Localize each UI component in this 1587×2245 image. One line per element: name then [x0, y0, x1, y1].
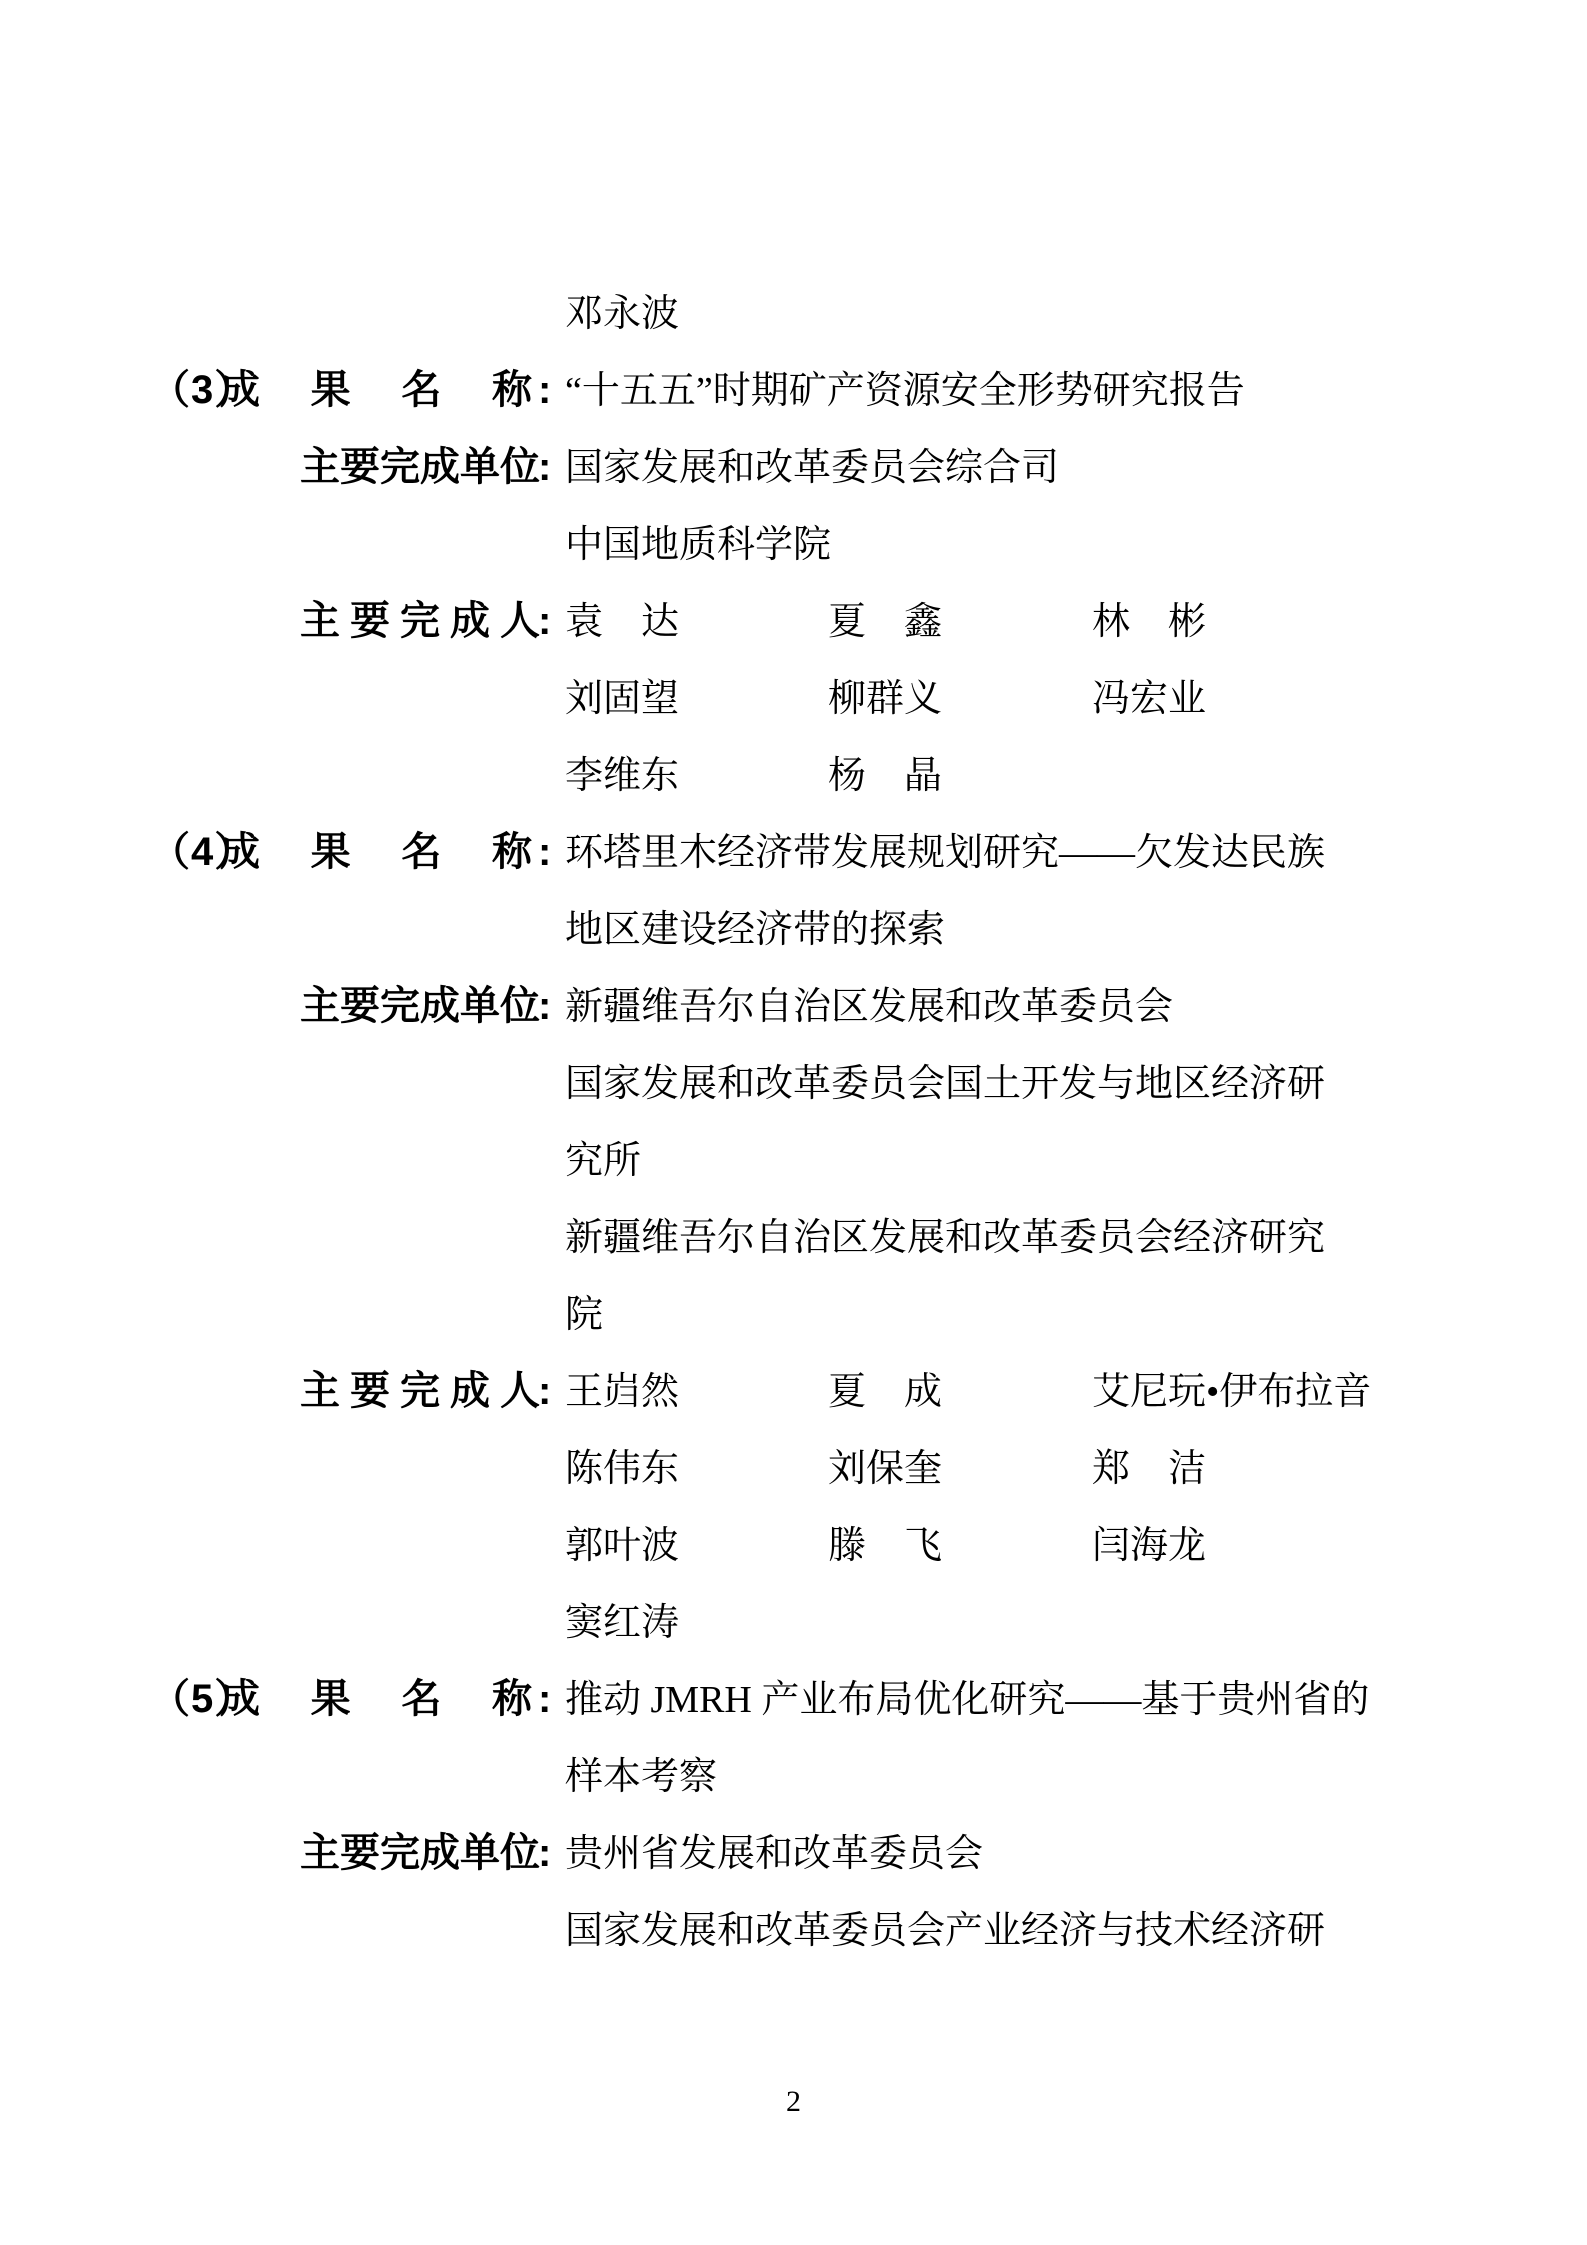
title-text: “十五五”时期矿产资源安全形势研究报告 [565, 368, 1245, 416]
label-colon: : [538, 366, 551, 414]
text-line: 主要完成单位 : 国家发展和改革委员会综合司 [0, 443, 1587, 505]
person-name: 陈伟东 [565, 1446, 679, 1494]
unit-name: 国家发展和改革委员会国土开发与地区经济研 [565, 1061, 1325, 1109]
text-line: 主要完成单位 : 新疆维吾尔自治区发展和改革委员会 [0, 982, 1587, 1044]
label-colon: : [538, 982, 551, 1030]
text-line: 刘固望 柳群义 冯宏业 [0, 674, 1587, 736]
person-name: 艾尼玩•伊布拉音 [1092, 1369, 1371, 1417]
person-name: 林 彬 [1092, 599, 1206, 647]
document-page: 邓永波 （3） 成果名称 : “十五五”时期矿产资源安全形势研究报告 主要完成单… [0, 0, 1587, 2245]
person-name: 王岿然 [565, 1369, 679, 1417]
label-colon: : [538, 1367, 551, 1415]
text-line: 样本考察 [0, 1752, 1587, 1814]
person-name: 冯宏业 [1092, 676, 1206, 724]
text-line: （3） 成果名称 : “十五五”时期矿产资源安全形势研究报告 [0, 366, 1587, 428]
text-line: 主要完成单位 : 贵州省发展和改革委员会 [0, 1829, 1587, 1891]
person-name: 闫海龙 [1092, 1523, 1206, 1571]
text-line: 院 [0, 1290, 1587, 1352]
text-line: 新疆维吾尔自治区发展和改革委员会经济研究 [0, 1213, 1587, 1275]
label-colon: : [538, 828, 551, 876]
label-colon: : [538, 1829, 551, 1877]
unit-name: 国家发展和改革委员会产业经济与技术经济研 [565, 1908, 1325, 1956]
text-line: 邓永波 [0, 289, 1587, 351]
text-line: 郭叶波 滕 飞 闫海龙 [0, 1521, 1587, 1583]
title-text: 地区建设经济带的探索 [565, 907, 945, 955]
text-line: 国家发展和改革委员会产业经济与技术经济研 [0, 1906, 1587, 1968]
people-label: 主要完成人 [300, 1367, 540, 1415]
person-name: 邓永波 [565, 291, 679, 339]
label-colon: : [538, 597, 551, 645]
text-line: 国家发展和改革委员会国土开发与地区经济研 [0, 1059, 1587, 1121]
person-name: 袁 达 [565, 599, 679, 647]
person-name: 柳群义 [828, 676, 942, 724]
person-name: 刘固望 [565, 676, 679, 724]
person-name: 夏 成 [828, 1369, 942, 1417]
label-colon: : [538, 443, 551, 491]
person-name: 李维东 [565, 753, 679, 801]
unit-name: 国家发展和改革委员会综合司 [565, 445, 1059, 493]
unit-label: 主要完成单位 [300, 982, 540, 1030]
person-name: 刘保奎 [828, 1446, 942, 1494]
text-line: （4） 成果名称 : 环塔里木经济带发展规划研究——欠发达民族 [0, 828, 1587, 890]
unit-name: 究所 [565, 1138, 641, 1186]
unit-name: 新疆维吾尔自治区发展和改革委员会经济研究 [565, 1215, 1325, 1263]
text-line: 究所 [0, 1136, 1587, 1198]
unit-name: 院 [565, 1292, 603, 1340]
title-label: 成果名称 [220, 366, 532, 414]
text-line: 李维东 杨 晶 [0, 751, 1587, 813]
page-number: 2 [0, 2085, 1587, 2119]
person-name: 郑 洁 [1092, 1446, 1206, 1494]
text-line: （5） 成果名称 : 推动 JMRH 产业布局优化研究——基于贵州省的 [0, 1675, 1587, 1737]
person-name: 窦红涛 [565, 1600, 679, 1648]
unit-name: 新疆维吾尔自治区发展和改革委员会 [565, 984, 1173, 1032]
text-line: 中国地质科学院 [0, 520, 1587, 582]
title-text: 环塔里木经济带发展规划研究——欠发达民族 [565, 830, 1325, 878]
text-line: 主要完成人 : 王岿然 夏 成 艾尼玩•伊布拉音 [0, 1367, 1587, 1429]
person-name: 杨 晶 [828, 753, 942, 801]
person-name: 滕 飞 [828, 1523, 942, 1571]
title-text: 推动 JMRH 产业布局优化研究——基于贵州省的 [565, 1677, 1369, 1725]
label-colon: : [538, 1675, 551, 1723]
people-label: 主要完成人 [300, 597, 540, 645]
unit-name: 贵州省发展和改革委员会 [565, 1831, 983, 1879]
person-name: 夏 鑫 [828, 599, 942, 647]
title-label: 成果名称 [220, 828, 532, 876]
text-line: 地区建设经济带的探索 [0, 905, 1587, 967]
unit-label: 主要完成单位 [300, 443, 540, 491]
text-line: 陈伟东 刘保奎 郑 洁 [0, 1444, 1587, 1506]
person-name: 郭叶波 [565, 1523, 679, 1571]
title-label: 成果名称 [220, 1675, 532, 1723]
unit-name: 中国地质科学院 [565, 522, 831, 570]
title-text: 样本考察 [565, 1754, 717, 1802]
unit-label: 主要完成单位 [300, 1829, 540, 1877]
text-line: 窦红涛 [0, 1598, 1587, 1660]
text-line: 主要完成人 : 袁 达 夏 鑫 林 彬 [0, 597, 1587, 659]
